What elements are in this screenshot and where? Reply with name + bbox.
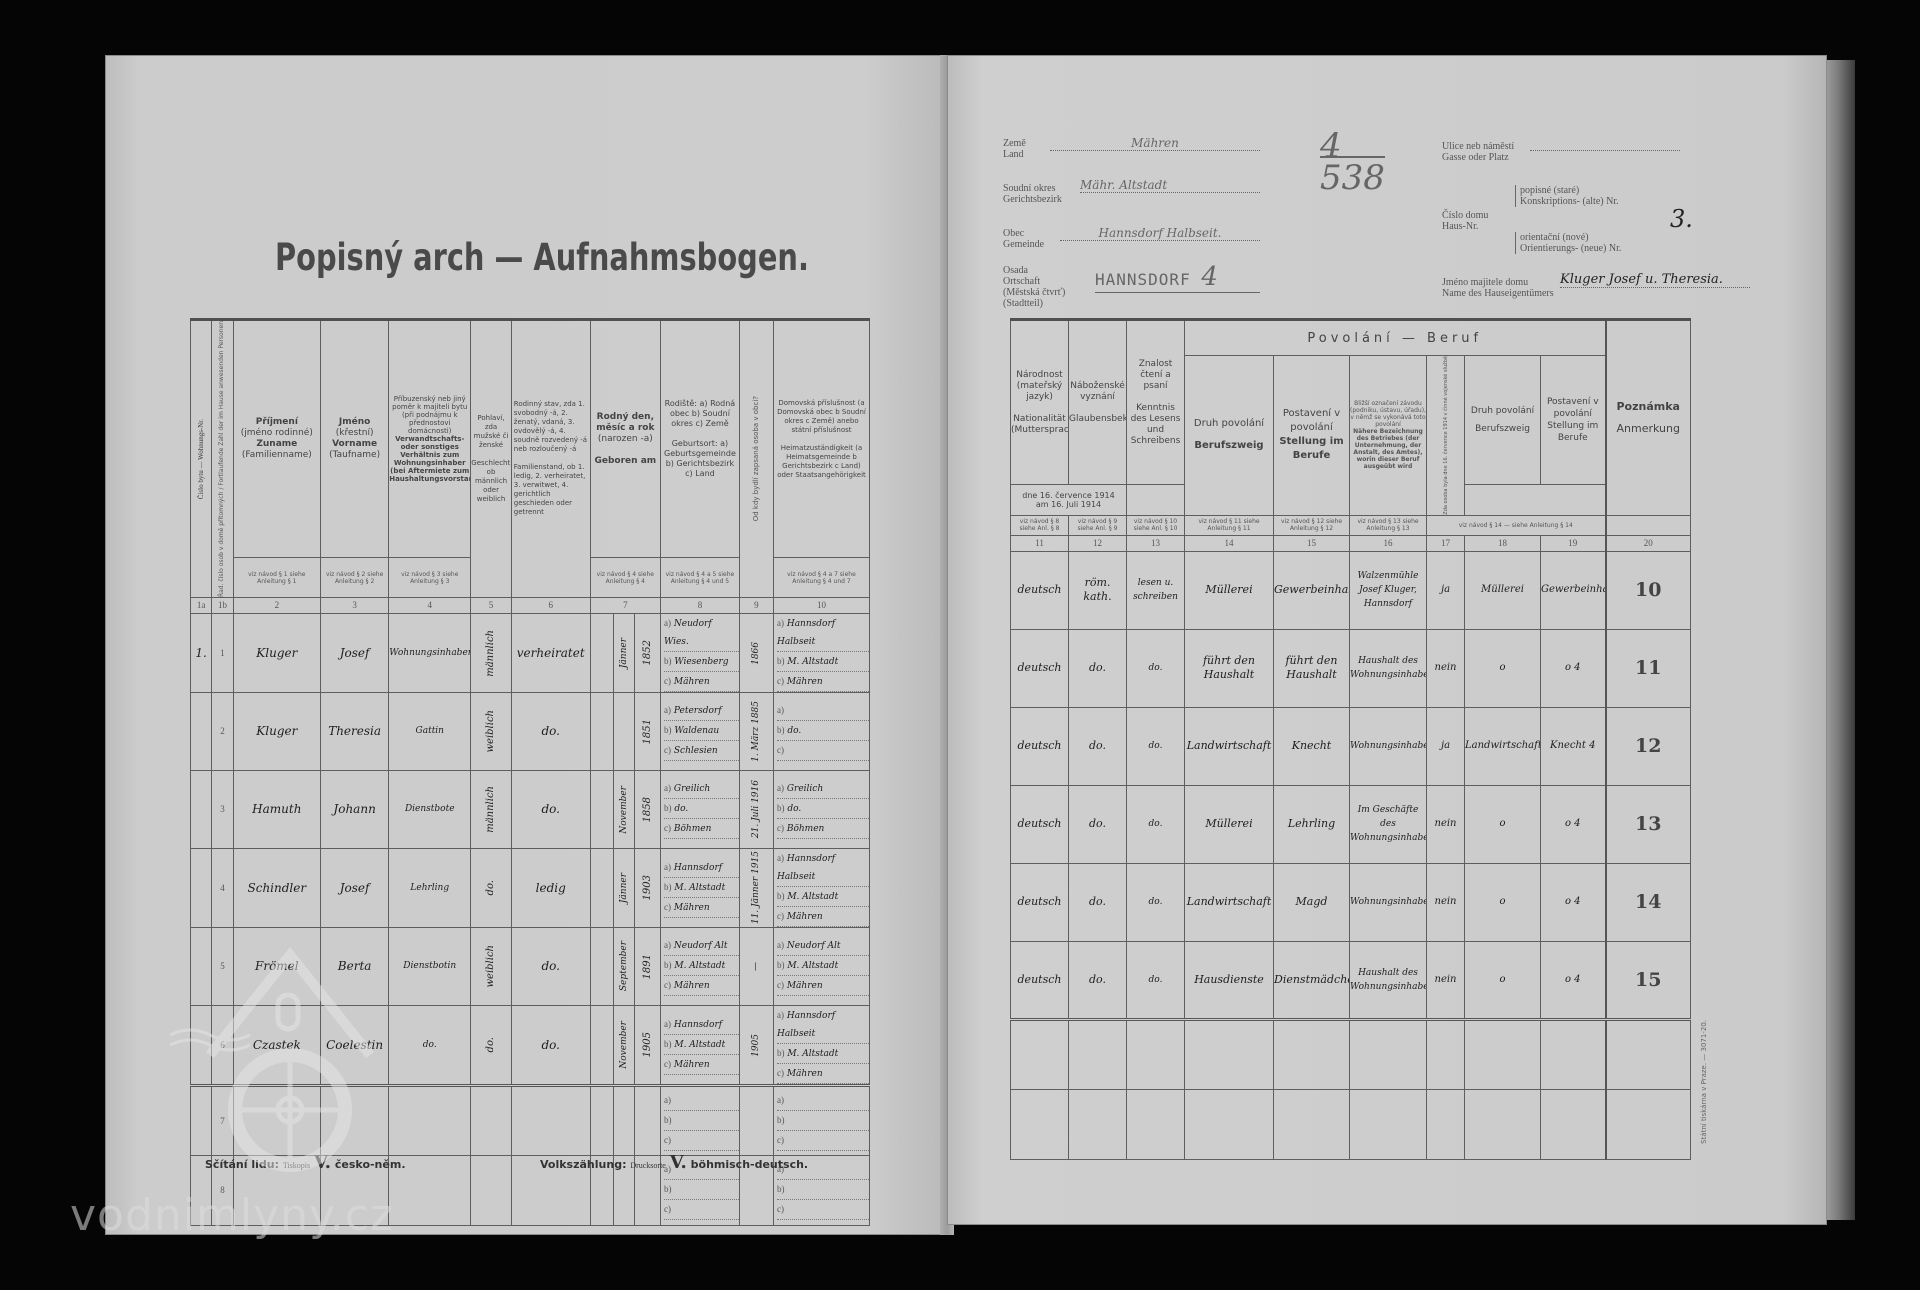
date-1914: dne 16. července 1914am 16. Juli 1914 (1011, 485, 1127, 516)
form-footer-de: Volkszählung: Drucksorte V. böhmisch-deu… (540, 1152, 808, 1173)
col-num: 18 (1465, 535, 1541, 551)
cell-position-1914: Knecht 4 (1541, 707, 1606, 785)
cell-enterprise: Haushalt des Wohnungsinhabers (1350, 629, 1427, 707)
cell-birth-day (590, 927, 613, 1005)
cell-nationality: deutsch (1011, 629, 1069, 707)
label-house-no-new: orientační (nové)Orientierungs- (neue) N… (1515, 232, 1621, 254)
watermark-mill-icon (170, 935, 410, 1185)
cell-birth-year: 1851 (635, 692, 661, 770)
cell-occupation: Landwirtschaft (1185, 707, 1274, 785)
label-district: Soudní okresGerichtsbezirk (1003, 183, 1062, 205)
cell-sex: weiblich (471, 692, 512, 770)
page-title: Popisný arch — Aufnahmsbogen. (275, 236, 809, 279)
ref-15: viz návod § 12 siehe Anleitung § 12 (1274, 515, 1350, 535)
cell-birth-day (590, 770, 613, 848)
cell-religion: do. (1069, 707, 1127, 785)
cell-birth-day (590, 848, 613, 927)
cell-birth-month (614, 692, 635, 770)
table-row: 3HamuthJohannDienstbotemännlichdo.Novemb… (191, 770, 870, 848)
col-header-military: Zda osoba byla dne 16. července 1914 v č… (1427, 356, 1465, 516)
ref-2: viz návod § 1 siehe Anleitung § 1 (233, 558, 320, 598)
cell-birthplace: a) Hannsdorfb) M. Altstadtc) Mähren (661, 1005, 740, 1085)
cell-domicile: a) Hannsdorf Halbseitb) M. Altstadtc) Mä… (773, 848, 869, 927)
cell-remark: 13 (1606, 785, 1691, 863)
cell-position-1914: o 4 (1541, 863, 1606, 941)
cell-person-no: 1 (212, 613, 233, 692)
ref-8: viz návod § 4 a 5 siehe Anleitung § 4 un… (661, 558, 740, 598)
cell-remark: 15 (1606, 941, 1691, 1019)
cell-remark: 12 (1606, 707, 1691, 785)
cell-sex (471, 1155, 512, 1225)
cell-enterprise: Haushalt des Wohnungsinhabers (1350, 941, 1427, 1019)
table-row-empty (1011, 1089, 1691, 1159)
cell-marital-status: verheiratet (511, 613, 590, 692)
label-house-no: Číslo domuHaus-Nr. (1442, 210, 1488, 232)
table-row: deutschdo.do.MüllereiLehrlingIm Geschäft… (1011, 785, 1691, 863)
cell-resident-since: 11. Jänner 1915 (739, 848, 773, 927)
cell-position-1914: o 4 (1541, 785, 1606, 863)
cell-sex (471, 1085, 512, 1155)
census-table-right: Národnost (mateřský jazyk)Nationalität (… (1010, 318, 1691, 1160)
col-header-surname: Příjmení(jméno rodinné)Zuname(Familienna… (233, 320, 320, 558)
cell-position: Lehrling (1274, 785, 1350, 863)
ref-12: viz návod § 9 siehe Anl. § 9 (1069, 515, 1127, 535)
cell-occupation: Hausdienste (1185, 941, 1274, 1019)
cell-literacy: do. (1127, 785, 1185, 863)
cell-surname: Kluger (233, 613, 320, 692)
cell-marital-status (511, 1085, 590, 1155)
cell-birthplace: a) Petersdorfb) Waldenauc) Schlesien (661, 692, 740, 770)
cell-surname: Kluger (233, 692, 320, 770)
label-house-no-old: popisné (staré)Konskriptions- (alte) Nr. (1515, 185, 1619, 207)
value-locality: HANNSDORF 4 (1095, 262, 1260, 293)
ref-10: viz návod § 4 a 7 siehe Anleitung § 4 un… (773, 558, 869, 598)
cell-apartment (191, 692, 212, 770)
col-num: 9 (739, 597, 773, 613)
cell-resident-since: 21. Juli 1916 (739, 770, 773, 848)
col-header-position: Postavení v povoláníStellung im Berufe (1274, 356, 1350, 516)
cell-position: Gewerbeinhaber (1274, 551, 1350, 629)
cell-sex: do. (471, 848, 512, 927)
col-num: 2 (233, 597, 320, 613)
cell-birth-day (590, 1085, 613, 1155)
cell-birth-month: Jänner (614, 848, 635, 927)
cell-resident-since: — (739, 927, 773, 1005)
cell-marital-status: do. (511, 692, 590, 770)
label-land: ZeměLand (1003, 138, 1026, 160)
cell-apartment: 1. (191, 613, 212, 692)
ref-14: viz návod § 11 siehe Anleitung § 11 (1185, 515, 1274, 535)
cell-marital-status: do. (511, 927, 590, 1005)
cell-birth-month: September (614, 927, 635, 1005)
cell-occupation: Müllerei (1185, 785, 1274, 863)
value-district: Mähr. Altstadt (1080, 178, 1260, 193)
ref-16: viz návod § 13 siehe Anleitung § 13 (1350, 515, 1427, 535)
cell-relation: Lehrling (389, 848, 471, 927)
label-owner: Jméno majitele domuName des Hauseigentüm… (1442, 277, 1554, 299)
ref-20 (1606, 515, 1691, 535)
cell-literacy: do. (1127, 707, 1185, 785)
cell-resident-since: 1905 (739, 1005, 773, 1085)
cell-religion: do. (1069, 863, 1127, 941)
cell-nationality: deutsch (1011, 785, 1069, 863)
archive-number: 4538 (1320, 130, 1385, 194)
ref-11: viz návod § 8 siehe Anl. § 8 (1011, 515, 1069, 535)
cell-nationality: deutsch (1011, 551, 1069, 629)
cell-remark: 14 (1606, 863, 1691, 941)
table-row: 2KlugerTheresiaGattinweiblichdo.1851a) P… (191, 692, 870, 770)
value-house-no: 3. (1670, 205, 1693, 233)
cell-military-service: ja (1427, 551, 1465, 629)
cell-relation: Gattin (389, 692, 471, 770)
table-row: deutschdo.do.LandwirtschaftMagdWohnungsi… (1011, 863, 1691, 941)
col-header-occupation-1914: Druh povoláníBerufszweig (1465, 356, 1541, 485)
cell-resident-since: 1866 (739, 613, 773, 692)
cell-enterprise: Wohnungsinhaber (1350, 863, 1427, 941)
col-header-remark: PoznámkaAnmerkung (1606, 320, 1691, 516)
cell-occupation-1914: o (1465, 863, 1541, 941)
col-num: 8 (661, 597, 740, 613)
cell-birth-year: 1852 (635, 613, 661, 692)
cell-birth-year: 1858 (635, 770, 661, 848)
ref-7: viz návod § 4 siehe Anleitung § 4 (590, 558, 660, 598)
col-num: 4 (389, 597, 471, 613)
cell-literacy: do. (1127, 941, 1185, 1019)
cell-nationality: deutsch (1011, 707, 1069, 785)
col-header-status: Rodinný stav, zda 1. svobodný -á, 2. žen… (511, 320, 590, 598)
table-row: 1.1KlugerJosefWohnungsinhabermännlichver… (191, 613, 870, 692)
cell-birth-day (590, 692, 613, 770)
cell-birthplace: a) Neudorf Altb) M. Altstadtc) Mähren (661, 927, 740, 1005)
col-num: 3 (321, 597, 389, 613)
col-num: 7 (590, 597, 660, 613)
ref-13: viz návod § 10 siehe Anl. § 10 (1127, 515, 1185, 535)
cell-person-no: 4 (212, 848, 233, 927)
cell-religion: do. (1069, 629, 1127, 707)
cell-religion: röm. kath. (1069, 551, 1127, 629)
label-locality: OsadaOrtschaft(Městská čtvrť)(Stadtteil) (1003, 265, 1065, 309)
cell-religion: do. (1069, 941, 1127, 1019)
col-header-literacy: Znalost čtení a psaníKenntnis des Lesens… (1127, 320, 1185, 485)
cell-birth-year: 1891 (635, 927, 661, 1005)
cell-domicile: a) b) do.c) (773, 692, 869, 770)
printer-note: Státní tiskárna v Praze. — 3071-20. (1700, 1020, 1708, 1144)
cell-marital-status: ledig (511, 848, 590, 927)
cell-marital-status: do. (511, 1005, 590, 1085)
cell-enterprise: Wohnungsinhaber (1350, 707, 1427, 785)
cell-resident-since (739, 1085, 773, 1155)
col-header-name: Jméno(křestní)Vorname(Taufname) (321, 320, 389, 558)
cell-position: Dienstmädchen (1274, 941, 1350, 1019)
label-street: Ulice neb náměstíGasse oder Platz (1442, 141, 1514, 163)
cell-position: Knecht (1274, 707, 1350, 785)
cell-position-1914: Gewerbeinhaber (1541, 551, 1606, 629)
cell-sex: do. (471, 1005, 512, 1085)
col-header-position-1914: Postavení v povoláníStellung im Berufe (1541, 356, 1606, 485)
col-header-domicile: Domovská příslušnost (a Domovská obec b … (773, 320, 869, 558)
cell-literacy: do. (1127, 629, 1185, 707)
cell-birth-day (590, 613, 613, 692)
cell-sex: männlich (471, 613, 512, 692)
table-row: deutschröm. kath.lesen u. schreibenMülle… (1011, 551, 1691, 629)
cell-domicile: a) Hannsdorf Halbseitb) M. Altstadtc) Mä… (773, 613, 869, 692)
cell-birth-year: 1905 (635, 1005, 661, 1085)
value-municipality: Hannsdorf Halbseit. (1060, 226, 1260, 241)
cell-birth-month: November (614, 1005, 635, 1085)
col-header-1a: Číslo bytu — Wohnungs-Nr. (191, 320, 212, 598)
cell-sex: männlich (471, 770, 512, 848)
cell-first-name: Josef (321, 848, 389, 927)
cell-military-service: nein (1427, 785, 1465, 863)
col-num: 5 (471, 597, 512, 613)
cell-domicile: a) Neudorf Altb) M. Altstadtc) Mähren (773, 927, 869, 1005)
cell-religion: do. (1069, 785, 1127, 863)
cell-birth-month: November (614, 770, 635, 848)
col-header-nationality: Národnost (mateřský jazyk)Nationalität (… (1011, 320, 1069, 485)
cell-literacy: lesen u. schreiben (1127, 551, 1185, 629)
cell-resident-since: 1. März 1885 (739, 692, 773, 770)
cell-position-1914: o 4 (1541, 629, 1606, 707)
col-header-1b: Řad. číslo osob v domě přítomných / Fort… (212, 320, 233, 598)
cell-apartment (191, 848, 212, 927)
ref-3: viz návod § 2 siehe Anleitung § 2 (321, 558, 389, 598)
cell-literacy: do. (1127, 863, 1185, 941)
col-num: 14 (1185, 535, 1274, 551)
col-header-birthplace: Rodiště: a) Rodná obec b) Soudní okres c… (661, 320, 740, 558)
col-header-sex: Pohlaví, zda mužské či ženskéGeschlecht,… (471, 320, 512, 598)
cell-military-service: ja (1427, 707, 1465, 785)
cell-birth-year: 1903 (635, 848, 661, 927)
col-num: 10 (773, 597, 869, 613)
cell-military-service: nein (1427, 629, 1465, 707)
cell-first-name: Johann (321, 770, 389, 848)
col-header-religion: Náboženské vyznáníGlaubensbekenntnis (1069, 320, 1127, 485)
table-row: deutschdo.do.LandwirtschaftKnechtWohnung… (1011, 707, 1691, 785)
cell-occupation-1914: o (1465, 629, 1541, 707)
col-num: 1b (212, 597, 233, 613)
col-num: 17 (1427, 535, 1465, 551)
cell-birthplace: a) Greilichb) do.c) Böhmen (661, 770, 740, 848)
cell-position-1914: o 4 (1541, 941, 1606, 1019)
cell-person-no: 3 (212, 770, 233, 848)
table-row: deutschdo.do.HausdiensteDienstmädchenHau… (1011, 941, 1691, 1019)
cell-birthplace: a) Neudorf Wies.b) Wiesenbergc) Mähren (661, 613, 740, 692)
cell-birth-month (614, 1085, 635, 1155)
col-num: 20 (1606, 535, 1691, 551)
cell-relation: Dienstbote (389, 770, 471, 848)
cell-sex: weiblich (471, 927, 512, 1005)
cell-marital-status: do. (511, 770, 590, 848)
cell-military-service: nein (1427, 863, 1465, 941)
cell-first-name: Theresia (321, 692, 389, 770)
cell-birth-day (590, 1005, 613, 1085)
table-row: 4SchindlerJosefLehrlingdo.ledigJänner190… (191, 848, 870, 927)
col-num: 1a (191, 597, 212, 613)
col-header-relation: Příbuzenský neb jiný poměr k majiteli by… (389, 320, 471, 558)
cell-occupation-1914: o (1465, 785, 1541, 863)
value-street (1530, 138, 1680, 151)
cell-nationality: deutsch (1011, 863, 1069, 941)
ref-17-19: viz návod § 14 — siehe Anleitung § 14 (1427, 515, 1606, 535)
cell-surname: Hamuth (233, 770, 320, 848)
watermark-text: vodnimlyny.cz (70, 1190, 394, 1241)
col-header-enterprise: Bližší označení závodu (podniku, ústavu,… (1350, 356, 1427, 516)
cell-first-name: Josef (321, 613, 389, 692)
cell-remark: 11 (1606, 629, 1691, 707)
cell-occupation-1914: Landwirtschaft (1465, 707, 1541, 785)
col-num: 13 (1127, 535, 1185, 551)
cell-occupation-1914: o (1465, 941, 1541, 1019)
col-num: 16 (1350, 535, 1427, 551)
col-header-since: Od kdy bydlí zapsaná osoba v obci? (739, 320, 773, 598)
value-land: Mähren (1050, 136, 1260, 151)
col-group-occupation: Povolání — Beruf (1185, 320, 1606, 356)
col-num: 11 (1011, 535, 1069, 551)
col-header-birthdate: Rodný den, měsíc a rok(narozen -a)Gebore… (590, 320, 660, 558)
ref-4: viz návod § 3 siehe Anleitung § 3 (389, 558, 471, 598)
cell-birth-year (635, 1085, 661, 1155)
cell-apartment (191, 770, 212, 848)
cell-birthplace: a) Hannsdorfb) M. Altstadtc) Mähren (661, 848, 740, 927)
col-num: 6 (511, 597, 590, 613)
cell-nationality: deutsch (1011, 941, 1069, 1019)
cell-domicile: a) Greilichb) do.c) Böhmen (773, 770, 869, 848)
cell-remark: 10 (1606, 551, 1691, 629)
cell-surname: Schindler (233, 848, 320, 927)
cell-position: Magd (1274, 863, 1350, 941)
col-num: 15 (1274, 535, 1350, 551)
value-owner: Kluger Josef u. Theresia. (1560, 272, 1750, 288)
cell-person-no: 2 (212, 692, 233, 770)
label-municipality: ObecGemeinde (1003, 228, 1044, 250)
col-num: 19 (1541, 535, 1606, 551)
cell-domicile: a) Hannsdorf Halbseitb) M. Altstadtc) Mä… (773, 1005, 869, 1085)
cell-relation: Wohnungsinhaber (389, 613, 471, 692)
cell-occupation: Müllerei (1185, 551, 1274, 629)
cell-occupation-1914: Müllerei (1465, 551, 1541, 629)
table-row-empty (1011, 1019, 1691, 1089)
cell-birth-month: Jänner (614, 613, 635, 692)
cell-enterprise: Im Geschäfte des Wohnungsinhabers (1350, 785, 1427, 863)
cell-birthplace: a) b) c) (661, 1085, 740, 1155)
cell-enterprise: Walzenmühle Josef Kluger, Hannsdorf (1350, 551, 1427, 629)
cell-occupation: führt den Haushalt (1185, 629, 1274, 707)
table-row: deutschdo.do.führt den Haushaltführt den… (1011, 629, 1691, 707)
page-edge (1827, 60, 1855, 1220)
col-num: 12 (1069, 535, 1127, 551)
cell-domicile: a) b) c) (773, 1085, 869, 1155)
col-header-occupation: Druh povoláníBerufszweig (1185, 356, 1274, 516)
cell-military-service: nein (1427, 941, 1465, 1019)
cell-position: führt den Haushalt (1274, 629, 1350, 707)
cell-occupation: Landwirtschaft (1185, 863, 1274, 941)
